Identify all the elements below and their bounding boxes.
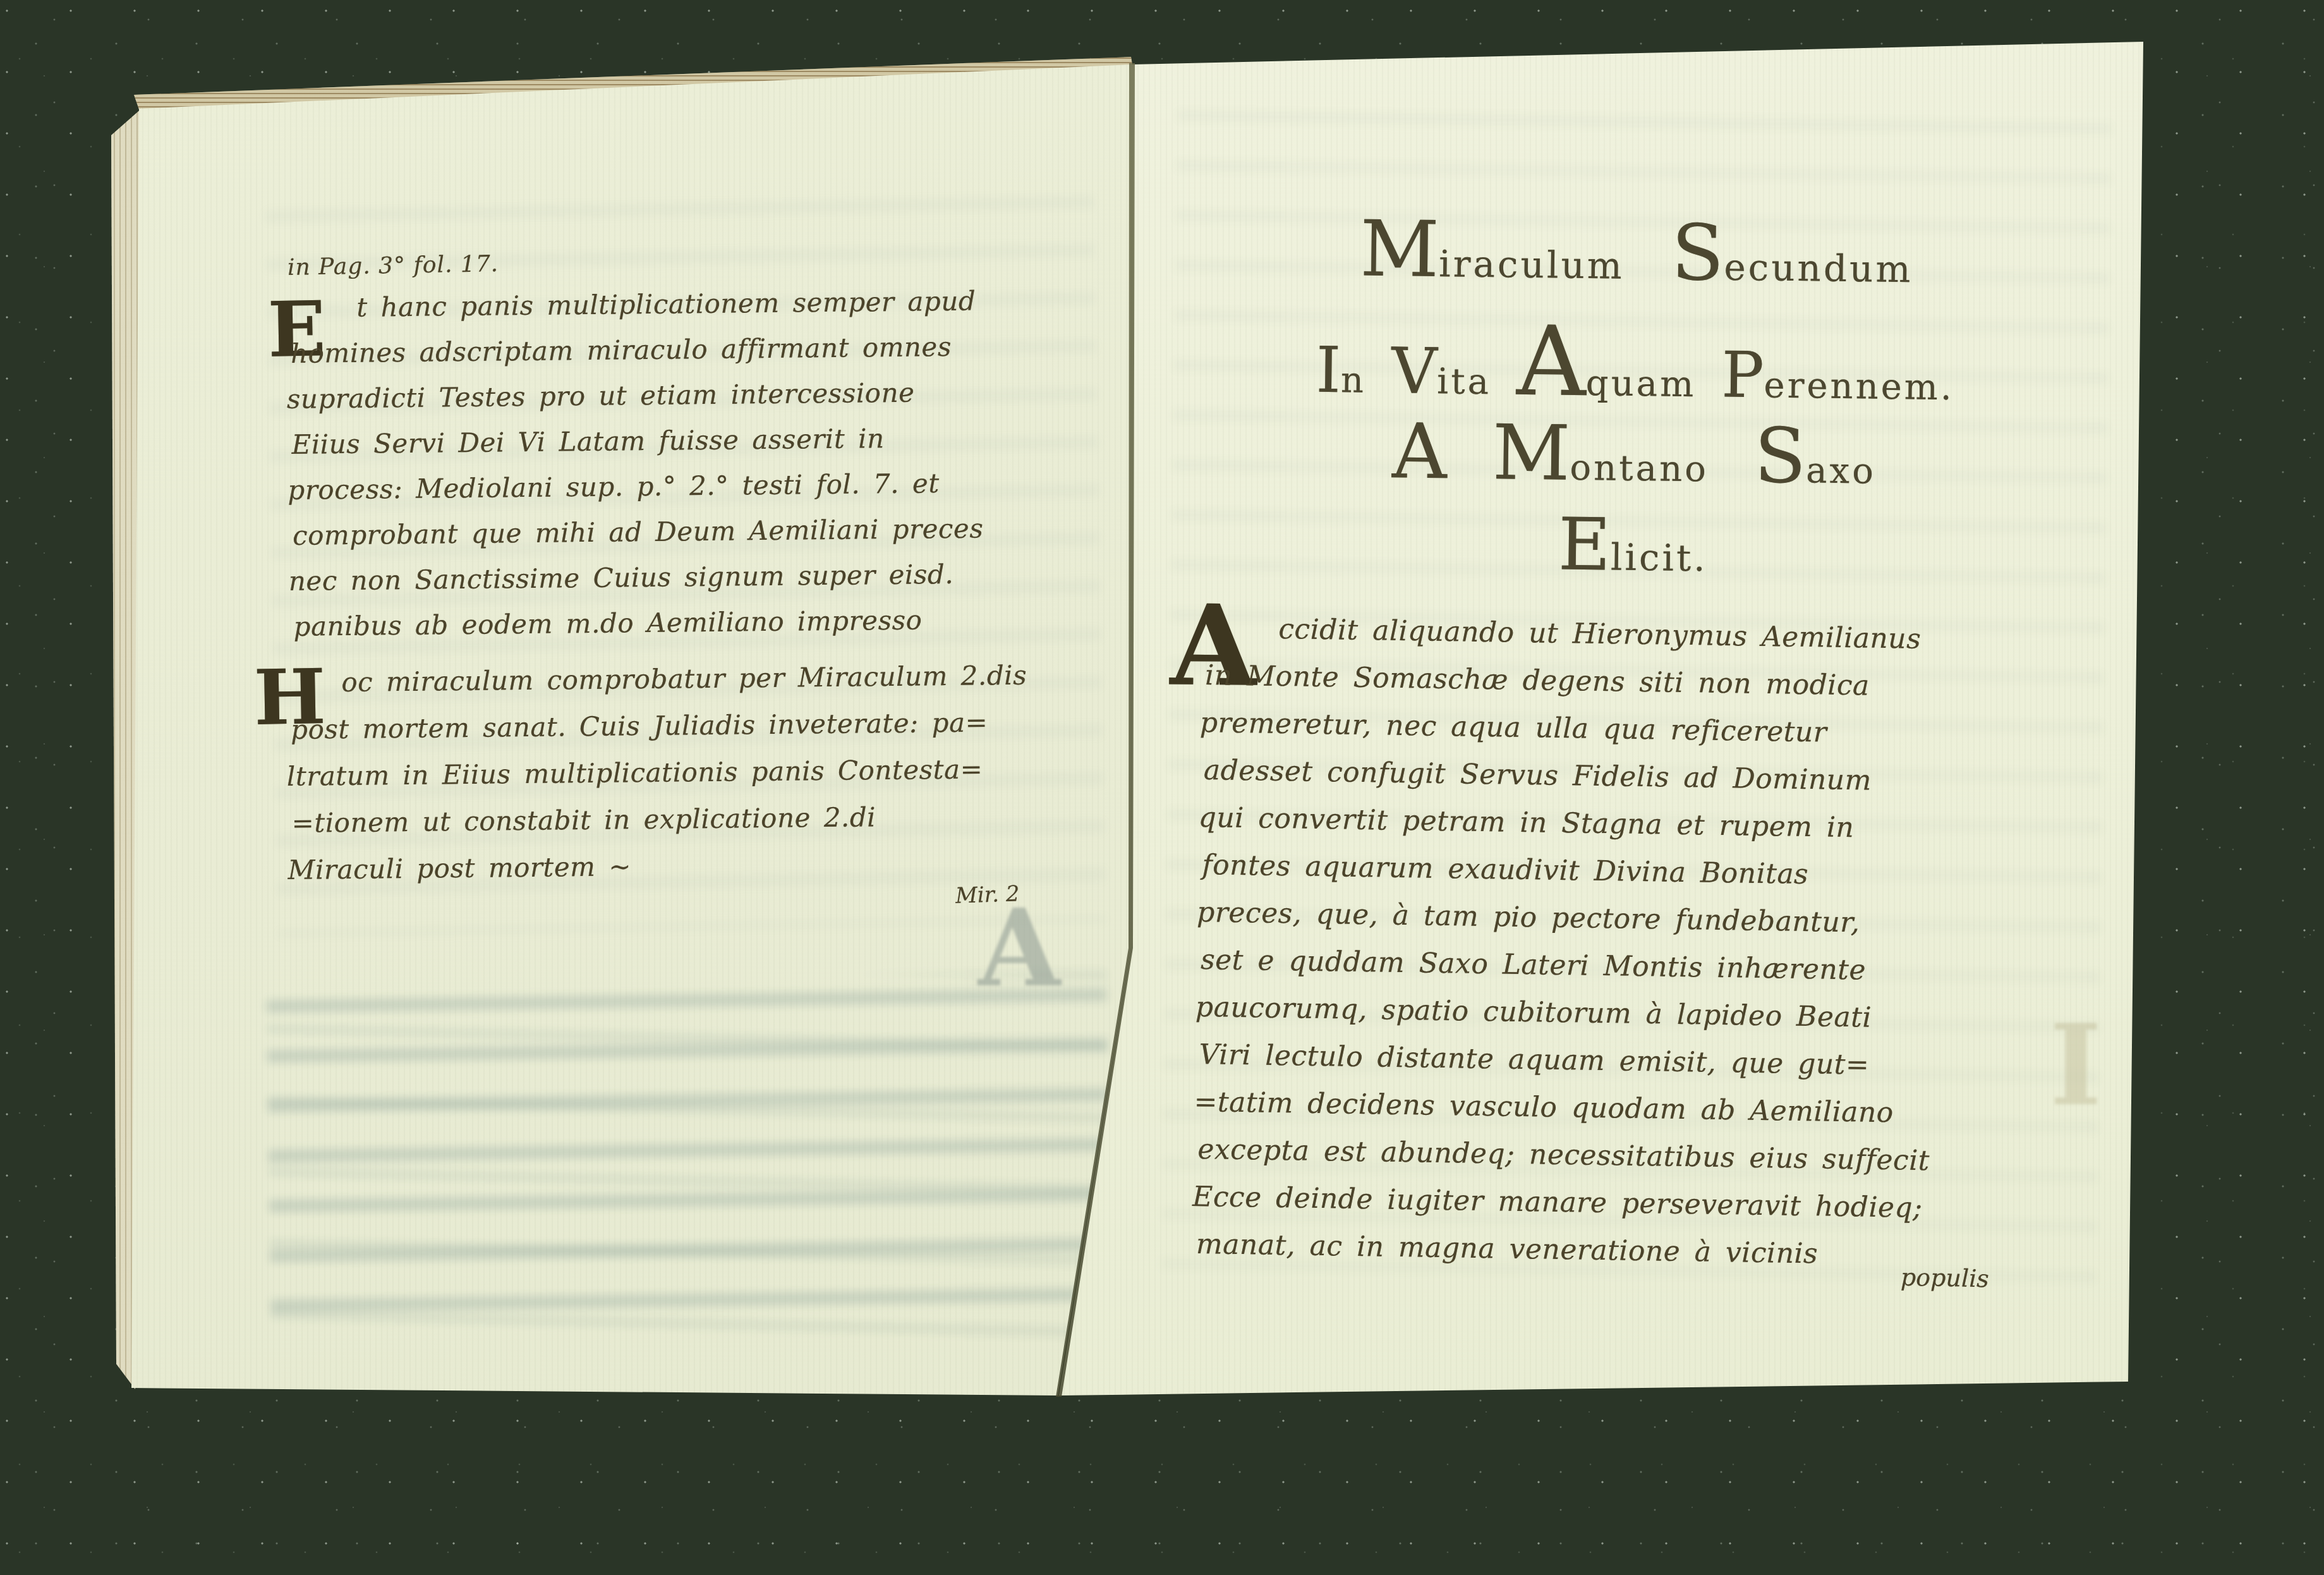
bleedthrough-initial: A (978, 895, 1060, 1001)
manuscript-line: Eiius Servi Dei Vi Latam fuisse asserit … (291, 413, 1115, 468)
title-line-1: MiraculumSecundum (1170, 208, 2102, 296)
manuscript-line: homines adscriptam miraculo affirmant om… (291, 322, 1115, 377)
title-word: Secundum (1671, 214, 1913, 295)
manuscript-line: supradicti Testes pro ut etiam intercess… (287, 368, 1115, 422)
manuscript-line: panibus ab eodem m.do Aemiliano impresso (293, 595, 1117, 650)
manuscript-line: nec non Sanctissime Cuius signum super e… (289, 550, 1117, 604)
chapter-title: MiraculumSecundum InVitaAquamPerennem. A… (1174, 0, 2105, 6)
title-word: Elicit. (1558, 508, 1708, 582)
manuscript-line: process: Mediolani sup. p.° 2.° testi fo… (287, 459, 1116, 513)
catchword-right: populis (1901, 1263, 1990, 1292)
title-word: Perennem. (1721, 344, 1955, 410)
title-line-2: InVitaAquamPerennem. (1169, 309, 2102, 417)
title-word: Montano (1492, 415, 1709, 494)
title-word: Miraculum (1360, 210, 1625, 291)
title-word: A (1392, 414, 1448, 490)
manuscript-line: comprobant que mihi ad Deum Aemiliani pr… (293, 504, 1117, 559)
title-word: In (1316, 339, 1367, 403)
paragraph-h: oc miraculum comprobatur per Miraculum 2… (286, 651, 1116, 894)
title-word: Vita (1391, 339, 1492, 404)
manuscript-line: post mortem sanat. Cuis Juliadis inveter… (291, 698, 1115, 753)
paragraph-e: t hanc panis multiplicationem semper apu… (286, 277, 1117, 650)
manuscript-line: ltratum in Eiius multiplicationis panis … (287, 745, 1115, 800)
title-word: Aquam (1516, 313, 1697, 411)
title-word: Saxo (1754, 418, 1877, 496)
manuscript-photo: A in Pag. 3° fol. 17. E t hanc panis mul… (0, 0, 2324, 1575)
title-line-3: AMontanoSaxo (1168, 411, 2100, 499)
manuscript-line: t hanc panis multiplicationem semper apu… (286, 277, 1114, 331)
body-paragraph: ccidit aliquando ut Hieronymus Aemilianu… (1192, 604, 2105, 1282)
folio-reference: in Pag. 3° fol. 17. (287, 251, 499, 281)
title-line-4: Elicit. (1167, 504, 2099, 587)
margin-bleedthrough-letter: I (2050, 1010, 2102, 1121)
manuscript-line: =tionem ut constabit in explicatione 2.d… (291, 791, 1115, 847)
manuscript-line: oc miraculum comprobatur per Miraculum 2… (286, 651, 1114, 707)
catchword-left: Mir. 2 (955, 881, 1020, 909)
